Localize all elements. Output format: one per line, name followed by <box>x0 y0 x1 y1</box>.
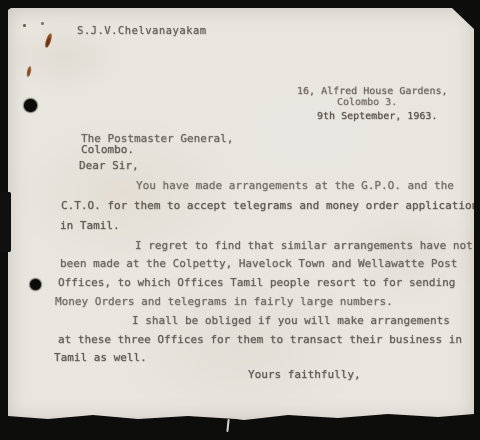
scan-background: S.J.V.Chelvanayakam 16, Alfred House Gar… <box>0 0 480 440</box>
foxing-stain <box>26 66 32 78</box>
body-line: I regret to find that similar arrangemen… <box>135 239 473 252</box>
body-line: at these three Offices for them to trans… <box>58 333 462 346</box>
letter-page: S.J.V.Chelvanayakam 16, Alfred House Gar… <box>8 8 474 420</box>
closing: Yours faithfully, <box>248 368 361 381</box>
body-line: You have made arrangements at the G.P.O.… <box>136 179 454 192</box>
foxing-stain <box>44 33 53 49</box>
binder-tab <box>0 192 11 252</box>
sender-address-line-1: 16, Alfred House Gardens, <box>297 86 448 97</box>
body-line: I shall be obliged if you will make arra… <box>132 314 450 327</box>
body-line: in Tamil. <box>60 219 120 232</box>
salutation: Dear Sir, <box>79 159 139 172</box>
body-line: been made at the Colpetty, Havelock Town… <box>60 257 457 270</box>
body-line: Offices, to which Offices Tamil people r… <box>58 276 455 289</box>
letter-date: 9th September, 1963. <box>317 111 437 122</box>
punch-hole-top <box>24 99 37 112</box>
body-line: Money Orders and telegrams in fairly lar… <box>55 295 393 308</box>
foxing-dot <box>23 24 26 27</box>
paper-fiber <box>226 419 229 432</box>
letterhead-name: S.J.V.Chelvanayakam <box>77 25 207 37</box>
body-line: C.T.O. for them to accept telegrams and … <box>61 199 480 212</box>
punch-hole-bottom <box>30 279 41 290</box>
body-line: Tamil as well. <box>54 351 147 364</box>
recipient-line-2: Colombo. <box>81 143 134 156</box>
sender-address-line-2: Colombo 3. <box>337 97 397 108</box>
foxing-dot <box>41 22 44 25</box>
